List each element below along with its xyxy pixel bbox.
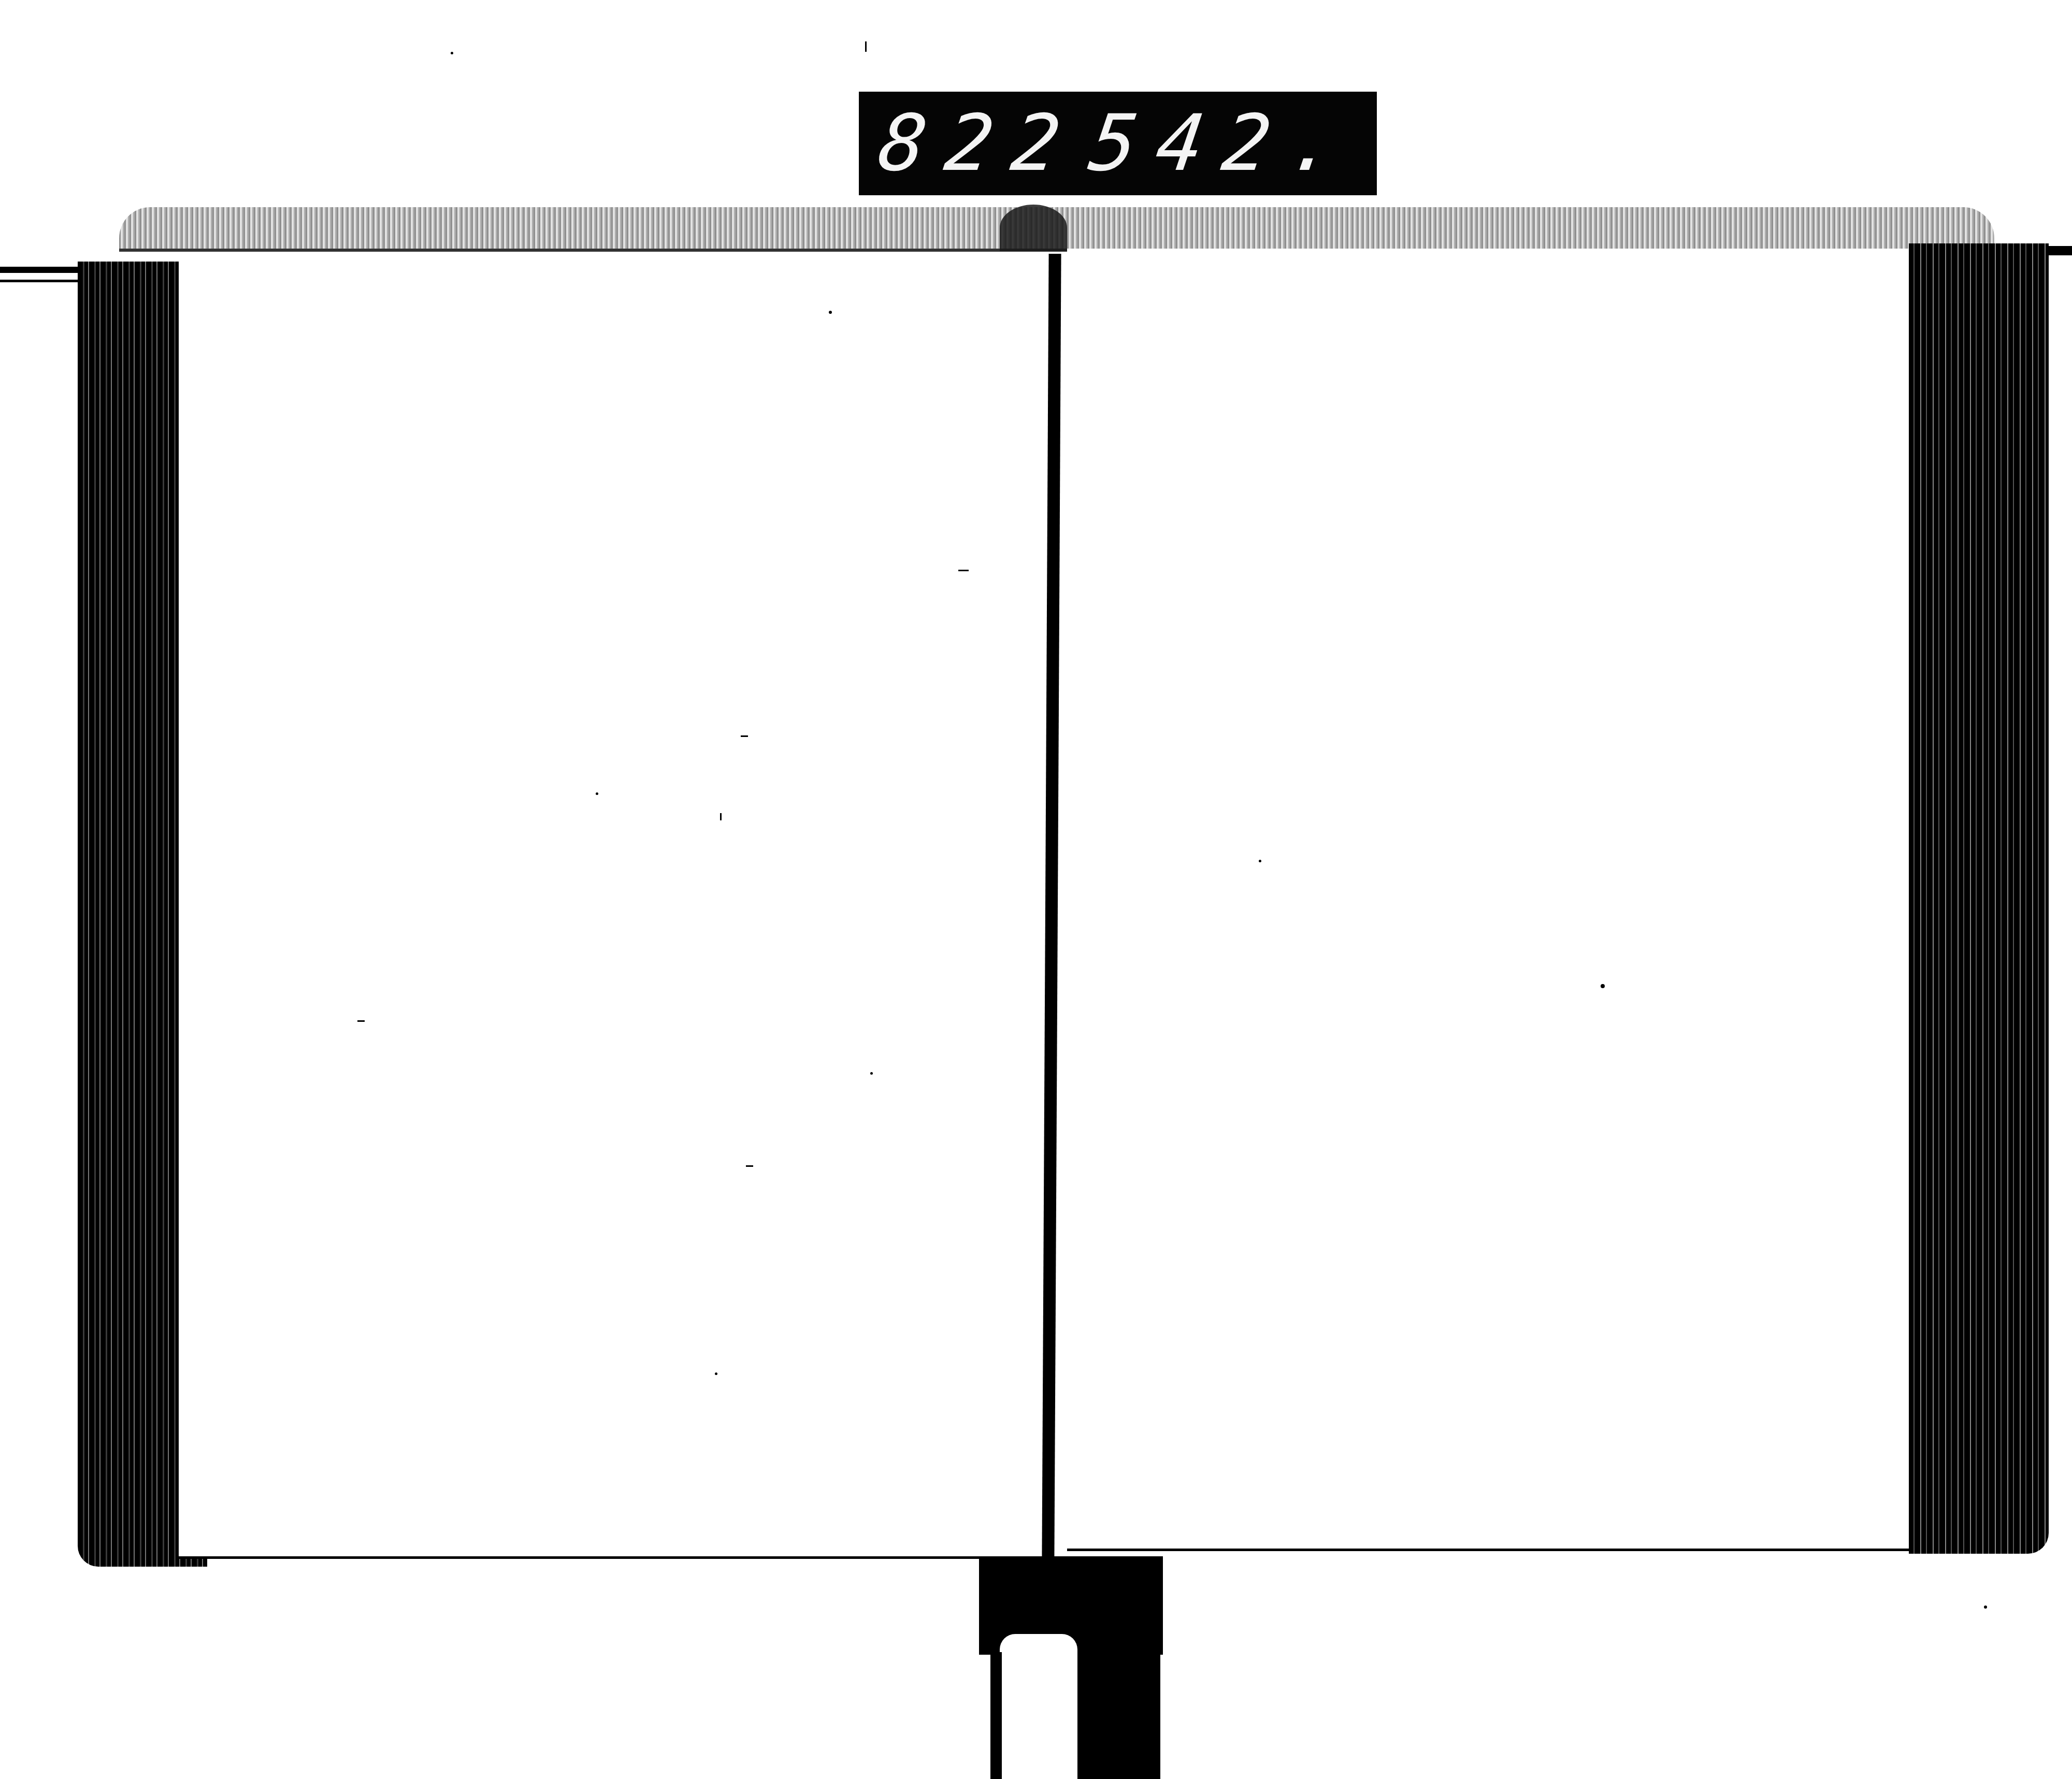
dust-speck — [720, 813, 722, 820]
dust-speck — [715, 1372, 717, 1375]
scan-image: 822 542. — [0, 0, 2072, 1779]
left-page — [179, 259, 1057, 1559]
book-stand-leg-left — [990, 1652, 1002, 1779]
dust-speck — [1259, 860, 1261, 862]
dust-speck — [829, 311, 832, 314]
dust-speck — [958, 570, 969, 571]
dust-speck — [746, 1165, 753, 1167]
dust-speck — [1601, 984, 1605, 988]
right-fore-edge — [1909, 243, 2049, 1554]
dust-speck — [1984, 1606, 1987, 1609]
dust-speck — [870, 1072, 873, 1075]
book-stand-opening — [1000, 1634, 1077, 1686]
dust-speck — [865, 41, 867, 52]
stand-bar-left — [0, 267, 88, 273]
stand-bar-left-lower — [0, 280, 78, 282]
dust-speck — [741, 735, 748, 737]
frame-label-left-number: 822 — [874, 105, 1084, 182]
dust-speck — [451, 52, 453, 54]
dust-speck — [357, 1020, 365, 1022]
dust-speck — [596, 792, 598, 795]
book-stand-leg-right — [1077, 1652, 1160, 1779]
spine-top — [1000, 205, 1067, 251]
right-page — [1067, 249, 1909, 1551]
frame-label: 822 542. — [859, 92, 1377, 195]
frame-label-right-number: 542. — [1085, 105, 1361, 182]
